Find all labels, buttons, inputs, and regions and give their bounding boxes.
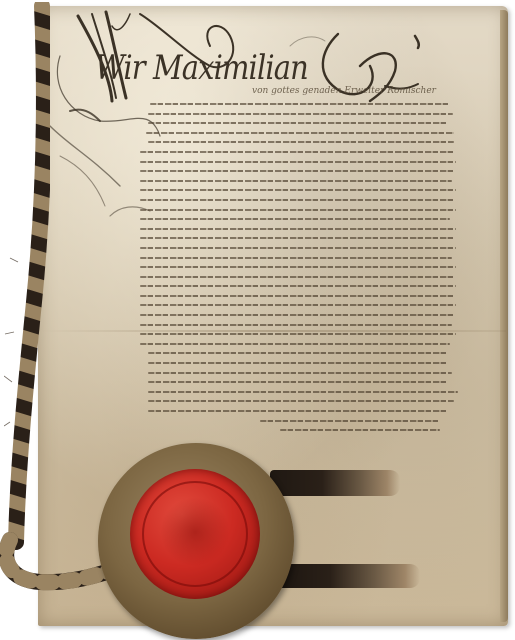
charter-body-text	[140, 100, 462, 436]
seal-red-wax	[130, 469, 260, 599]
seal-emblem-icon	[160, 497, 230, 567]
wax-seal	[98, 443, 294, 639]
charter-heading: Wir Maximilian	[95, 48, 308, 88]
twisted-cord	[4, 2, 50, 602]
charter-heading-continuation: von gottes genaden Erwelter Romischer	[252, 86, 436, 96]
document-photo: Wir Maximilian von gottes genaden Erwelt…	[0, 0, 515, 640]
